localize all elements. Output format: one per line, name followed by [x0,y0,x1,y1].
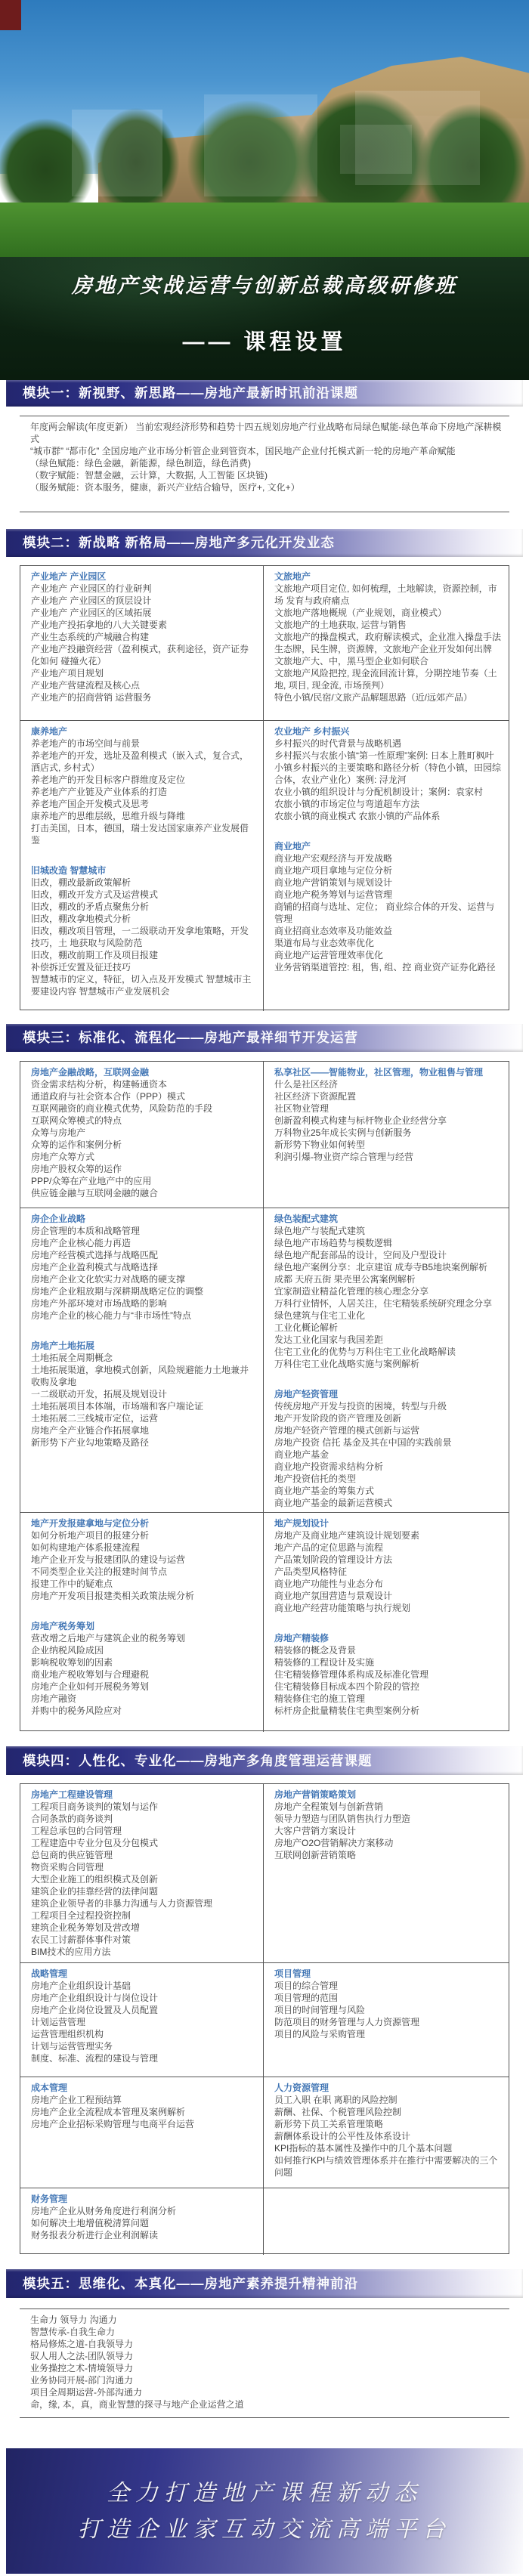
module-3-right-section-2: 房地产轻资管理传统房地产开发与投资的困境，转型与升级地产开发阶段的资产管理及创新… [274,1388,501,1509]
module-4-left-section-1: 财务管理房地产企业从财务角度进行利润分析如何解决土地增值税清算问题财务报表分析进… [31,2193,255,2241]
module-3-right-item: 住宅精装修管理体系构成及标准化管理 [274,1668,501,1681]
module-2-left-item: 产业地产营建流程及核心点 [31,679,255,691]
module-3-left-item: 土地拓展渠道，拿地模式创新，风险规避能力土地兼并收购及拿地 [31,1364,255,1388]
module-2-left-section-2: 旧城改造 智慧城市旧改，棚改最新政策解析旧改，棚改开发方式及运营模式旧改，棚改的… [31,864,255,997]
module-4-row-3-cell-right: 人力资源管理员工入职 在职 离职的风险控制薪酬、社保、个税管理风险控制新形势下员… [264,2077,509,2188]
module-3-bar: 模块三：标准化、流程化——房地产最祥细节开发运营 [6,1024,523,1052]
module-3-left-item: 企业纳税风险成因 [31,1644,255,1656]
module-2-right-item: 特色小镇/民宿/文旅产品解题思路（近/远郊产品） [274,691,501,704]
module-3-right-section-1-title: 地产规划设计 [274,1517,501,1529]
module-1-cell-full: 年度两会解读(年度更新） 当前宏观经济形势和趋势十四五规划房地产行业战略布局绿色… [20,416,509,512]
module-4-left-item: 建筑企业的挂靠经营的法律问题 [31,1885,255,1897]
module-3-right-item: 地产开发阶段的资产管理及创新 [274,1412,501,1424]
module-3-row-2-cell-right: 绿色装配式建筑绿色地产与装配式建筑绿色地产市场趋势与模数逻辑绿色地产配套部品的设… [264,1208,509,1512]
module-3-right-item: 精装修的工程设计及实施 [274,1656,501,1668]
module-3-left-item: 商业地产税收筹划与合理避税 [31,1668,255,1681]
module-2-right-section-2-title: 商业地产 [274,840,501,852]
module-2-right-item: 文旅地产的土地获取, 运营与销售 [274,619,501,631]
module-4-left-item: 总包商的供应链管理 [31,1849,255,1861]
module-3-left-section-1: 房地产金融战略，互联网金融资金需求结构分析，构建畅通资本通道政府与社会资本合作（… [31,1066,255,1199]
module-3-left-section-1-title: 地产开发报建拿地与定位分析 [31,1517,255,1529]
module-4-right-item: 如何推行KPI与绩效管理体系并在推行中需要解决的三个问题 [274,2154,501,2179]
module-3-left-item: 通道政府与社会资本合作（PPP）模式 [31,1090,255,1102]
module-4-left-item: 工程建造中专业分包及分包模式 [31,1837,255,1849]
module-2-left-item: 打击美国，日本，德国，瑞士发达国家康养产业发展借鉴 [31,822,255,846]
module-2-right-item: 商业地产营销策划与规划设计 [274,877,501,889]
module-3-left-item: 房地产企业如何开展税务筹划 [31,1681,255,1693]
module-2-row-1: 产业地产 产业园区产业地产 产业园区的行业研判产业地产 产业园区的顶层设计产业地… [20,566,509,721]
module-3-right-item: 宜家制造业精益化管理的核心理念分享 [274,1285,501,1297]
module-3-row-3-cell-right: 地产规划设计房地产及商业地产建筑设计规划要素地产产品的定位思路与流程产品策划阶段… [264,1513,509,1732]
watermark [72,91,480,212]
module-3-left-item: 房地产企业核心能力再造 [31,1237,255,1249]
module-4-left-item: 工程项目商务谈判的策划与运作 [31,1801,255,1813]
module-4-left-item: 合同条款的商务谈判 [31,1813,255,1825]
module-5-full-item: 驭人用人之法-团队领导力 [30,2350,502,2362]
module-3-right-item: 商业地产经营功能策略与执行规划 [274,1602,501,1614]
footer-slogan-line1: 全力打造地产课程新动态 [6,2475,523,2512]
module-3-right-item: 绿色地产市场趋势与模数逻辑 [274,1237,501,1249]
module-2-left-section-1: 产业地产 产业园区产业地产 产业园区的行业研判产业地产 产业园区的顶层设计产业地… [31,571,255,704]
module-3-left-section-2: 房地产税务筹划营改增之后地产与建筑企业的税务筹划企业纳税风险成因影响税收筹划的因… [31,1620,255,1717]
module-2-row-1-cell-right: 文旅地产文旅地产项目定位, 如何梳理，土地解读，资源控制，市场 发育与政府痛点文… [264,566,509,720]
module-3-right-item: 产品策划阶段的管理设计方法 [274,1554,501,1566]
module-4-left-section-1-title: 财务管理 [31,2193,255,2205]
module-3-row-3: 地产开发报建拿地与定位分析如何分析地产项目的报建分析如何构建地产体系报建流程地产… [20,1513,509,1732]
footer-banner: 全力打造地产课程新动态 打造企业家互动交流高端平台 [6,2448,523,2574]
module-2-left-item: 康养地产的思维层级，思维升级与降维 [31,810,255,822]
module-4-row-2: 战略管理房地产企业组织设计基础房地产企业组织设计与岗位设计房地产企业岗位设置及人… [20,1963,509,2077]
module-2-right-item: 商业地产税务筹划与运营管理 [274,889,501,901]
module-3-left-item: 影响税收筹划的因素 [31,1656,255,1668]
module-3-right-item: 万科住宅工业化战略实施与案例解析 [274,1358,501,1370]
module-5-row-1: 生命力 领导力 沟通力智慧传承-自我生命力格局修炼之道-自我领导力驭人用人之法-… [20,2309,509,2417]
module-4-left-item: 房地产企业工程预结算 [31,2094,255,2106]
module-3-left-section-1: 地产开发报建拿地与定位分析如何分析地产项目的报建分析如何构建地产体系报建流程地产… [31,1517,255,1602]
module-4-right-item: 大客户营销方案设计 [274,1825,501,1837]
module-3-right-item: 精装修的概念及背景 [274,1644,501,1656]
module-3-right-item: 万科物业25年成长实例与创新服务 [274,1127,501,1139]
module-2-left-item: 产业地产 产业园区的行业研判 [31,583,255,595]
module-2-right-item: 文旅地产大、中，黑马型企业如何联合 [274,655,501,667]
module-2-right-section-1: 农业地产 乡村振兴乡村振兴的时代背景与战略机遇乡村振兴与农旅小镇“第一性原理”案… [274,725,501,822]
module-5-full-item: 项目全周期运营-外部沟通力 [30,2386,502,2398]
page-title: 房地产实战运营与创新总裁高级研修班 [0,269,529,298]
module-3-row-1-cell-right: 私享社区——智能物业，社区管理，物业租售与管理什么是社区经济社区经济下资源配置社… [264,1062,509,1208]
module-2-right-item: 商业地产运营管理效率优化 [274,949,501,961]
module-3-right-section-1-title: 私享社区——智能物业，社区管理，物业租售与管理 [274,1066,501,1078]
module-2-box: 产业地产 产业园区产业地产 产业园区的行业研判产业地产 产业园区的顶层设计产业地… [20,565,509,1010]
module-3-right-item: 万科行业情怀，人居关注，住宅精装系统研究理念分享 [274,1297,501,1310]
module-1-full-item: 年度两会解读(年度更新） 当前宏观经济形势和趋势十四五规划房地产行业战略布局绿色… [30,421,502,445]
module-3-right-item: 发达工业化国家与我国差距 [274,1334,501,1346]
module-4-left-item: 工程总承包的合同管理 [31,1825,255,1837]
module-5-full-item: 格局修炼之道-自我领导力 [30,2338,502,2350]
module-1-bar: 模块一：新视野、新思路——房地产最新时讯前沿课题 [6,380,523,407]
module-4-right-section-1: 人力资源管理员工入职 在职 离职的风险控制薪酬、社保、个税管理风险控制新形势下员… [274,2082,501,2179]
module-3-right-item: 利润引爆-物业资产综合管理与经营 [274,1151,501,1163]
module-2-right-item: 渠道布局与业态效率优化 [274,937,501,949]
module-3-right-item: 绿色地产案例分享：北京建谊 成寿寺B5地块案例解析 [274,1261,501,1273]
module-3-row-3-cell-left: 地产开发报建拿地与定位分析如何分析地产项目的报建分析如何构建地产体系报建流程地产… [20,1513,264,1732]
module-2-left-section-1-title: 康养地产 [31,725,255,738]
module-3-right-section-2: 房地产精装修精装修的概念及背景精装修的工程设计及实施住宅精装修管理体系构成及标准… [274,1632,501,1717]
module-3-left-item: 房地产企业盈利模式与战略选择 [31,1261,255,1273]
module-3-right-item: 地产产品的定位思路与流程 [274,1542,501,1554]
module-3-right-item: 商业地产功能性与业态分布 [274,1578,501,1590]
module-5-full-section-1: 生命力 领导力 沟通力智慧传承-自我生命力格局修炼之道-自我领导力驭人用人之法-… [30,2314,502,2411]
module-4-left-section-1: 房地产工程建设管理工程项目商务谈判的策划与运作合同条款的商务谈判工程总承包的合同… [31,1789,255,1958]
module-2-left-item: 养老地产国企开发模式及思考 [31,798,255,810]
module-3-right-item: 地产投资信托的类型 [274,1473,501,1485]
module-4-row-2-cell-left: 战略管理房地产企业组织设计基础房地产企业组织设计与岗位设计房地产企业岗位设置及人… [20,1963,264,2077]
module-3-right-section-2-title: 房地产轻资管理 [274,1388,501,1400]
module-3-right-item: 传统房地产开发与投资的困境，转型与升级 [274,1400,501,1412]
module-3-right-item: 新形势下物业如何转型 [274,1139,501,1151]
module-4-left-item: 如何解决土地增值税清算问题 [31,2217,255,2229]
module-4-right-item: 薪酬、社保、个税管理风险控制 [274,2106,501,2118]
module-3-left-item: 互联网融资的商业模式优势，风险防范的手段 [31,1102,255,1115]
module-1-full-item: （服务赋能：资本服务，健康，新兴产业结合输导，医疗+, 文化+） [30,481,502,493]
module-1-box: 年度两会解读(年度更新） 当前宏观经济形势和趋势十四五规划房地产行业战略布局绿色… [20,416,509,512]
module-4-row-1: 房地产工程建设管理工程项目商务谈判的策划与运作合同条款的商务谈判工程总承包的合同… [20,1784,509,1963]
module-2-left-item: 产业地产投融资经营（盈利模式，获利途径，资产证券化如何 碰撞火花） [31,643,255,667]
module-3-left-section-2-title: 房地产土地拓展 [31,1340,255,1352]
module-4-right-item: 房地产O2O营销解决方案移动 [274,1837,501,1849]
module-2-right-item: 文旅地产风险把控, 现金流回流计算，分期控地节奏（土地, 项目, 现金流, 市场… [274,667,501,691]
photo-corner-detail [0,0,21,30]
module-3-right-section-2-title: 房地产精装修 [274,1632,501,1644]
module-5-full-item: 智慧传承-自我生命力 [30,2326,502,2338]
module-4-left-item: 制度、标准、流程的建设与管理 [31,2052,255,2064]
module-2-right-section-1-title: 文旅地产 [274,571,501,583]
module-3-left-item: 土地拓展二三线城市定位，运营 [31,1412,255,1424]
module-3-right-section-1: 地产规划设计房地产及商业地产建筑设计规划要素地产产品的定位思路与流程产品策划阶段… [274,1517,501,1614]
module-2-right-item: 农旅小镇的市场定位与弯道超车方法 [274,798,501,810]
module-3-left-item: 房地产众筹方式 [31,1151,255,1163]
module-4-left-section-1-title: 战略管理 [31,1968,255,1980]
module-4-left-item: 房地产企业招标采购管理与电商平台运营 [31,2118,255,2130]
module-1-full-section-1: 年度两会解读(年度更新） 当前宏观经济形势和趋势十四五规划房地产行业战略布局绿色… [30,421,502,493]
footer-slogan-line2: 打造企业家互动交流高端平台 [6,2512,523,2548]
module-3-right-item: 创新盈利模式构建与标杆物业企业经营分享 [274,1115,501,1127]
module-2-left-item: 产业地产的招商营销 运营服务 [31,691,255,704]
module-4-right-section-1: 房地产营销策略策划房地产全程策划与创新营销领导力塑造与团队销售执行力塑造大客户营… [274,1789,501,1861]
module-4-right-section-1: 项目管理项目的综合管理项目管理的范围项目的时间管理与风险防范项目的财务管理与人力… [274,1968,501,2040]
module-2-left-item: 旧改，棚改拿地模式分析 [31,913,255,925]
module-4-row-1-cell-left: 房地产工程建设管理工程项目商务谈判的策划与运作合同条款的商务谈判工程总承包的合同… [20,1784,264,1962]
module-4-right-item: 防范项目的财务管理与人力资源管理 [274,2016,501,2028]
module-5-cell-full: 生命力 领导力 沟通力智慧传承-自我生命力格局修炼之道-自我领导力驭人用人之法-… [20,2309,509,2417]
module-3-left-item: 房地产融资 [31,1693,255,1705]
module-3-left-item: PPP/众筹在产业地产中的应用 [31,1175,255,1187]
module-3-left-item: 互联网众筹模式的特点 [31,1115,255,1127]
module-3-left-item: 并购中的税务风险应对 [31,1705,255,1717]
module-3-left-section-1: 房企企业战略房企管理的本质和战略管理房地产企业核心能力再造房地产经营模式选择与战… [31,1213,255,1322]
module-3-left-item: 供应链金融与互联网金融的融合 [31,1187,255,1199]
page-subtitle: —— 课程设置 [0,325,529,356]
module-3-right-section-1: 私享社区——智能物业，社区管理，物业租售与管理什么是社区经济社区经济下资源配置社… [274,1066,501,1163]
module-3-row-2: 房企企业战略房企管理的本质和战略管理房地产企业核心能力再造房地产经营模式选择与战… [20,1208,509,1513]
module-2-right-item: 农旅小镇的商业模式 农旅小镇的产品体系 [274,810,501,822]
module-2-left-item: 养老地产的市场空间与前景 [31,738,255,750]
module-4-left-item: 财务报表分析进行企业利润解读 [31,2229,255,2241]
module-4-left-item: 大型企业施工的组织模式及创新 [31,1873,255,1885]
module-4-left-item: 农民工讨薪群体事件对策 [31,1934,255,1946]
module-4-left-section-1: 成本管理房地产企业工程预结算房地产企业全流程成本管理及案例解析房地产企业招标采购… [31,2082,255,2130]
module-4-left-item: 运营管理组织机构 [31,2028,255,2040]
module-4-left-item: 工程项目全过程投资控制 [31,1910,255,1922]
module-4-left-section-1-title: 房地产工程建设管理 [31,1789,255,1801]
module-2-right-section-1-title: 农业地产 乡村振兴 [274,725,501,738]
module-3-right-item: 商业地产氛围营造与景观设计 [274,1590,501,1602]
module-3-left-item: 地产企业开发与报建团队的建设与运营 [31,1554,255,1566]
module-2-left-item: 产业地产 产业园区的区域拓展 [31,607,255,619]
module-3-right-item: 产品类型风格特征 [274,1566,501,1578]
module-3-row-1-cell-left: 房地产金融战略，互联网金融资金需求结构分析，构建畅通资本通道政府与社会资本合作（… [20,1062,264,1208]
module-2-right-section-1: 文旅地产文旅地产项目定位, 如何梳理，土地解读，资源控制，市场 发育与政府痛点文… [274,571,501,704]
module-4-right-item: 项目的风险与采购管理 [274,2028,501,2040]
module-4-right-section-1-title: 项目管理 [274,1968,501,1980]
module-4-left-item: 房地产企业组织设计基础 [31,1980,255,1992]
module-4-right-item: 领导力塑造与团队销售执行力塑造 [274,1813,501,1825]
module-2-right-item: 商铺的招商与选址、定位； 商业综合体的开发、运营与管理 [274,901,501,925]
module-4-bar: 模块四：人性化、专业化——房地产多角度管理运营课题 [6,1746,523,1775]
module-2-right-item: 农业小镇的组织设计与分配机制设计；案例：袁家村 [274,786,501,798]
module-4-row-2-cell-right: 项目管理项目的综合管理项目管理的范围项目的时间管理与风险防范项目的财务管理与人力… [264,1963,509,2077]
module-2-left-item: 产业地产项目规划 [31,667,255,679]
module-4-row-4: 财务管理房地产企业从财务角度进行利润分析如何解决土地增值税清算问题财务报表分析进… [20,2188,509,2255]
module-2-right-item: 业务营销渠道管控: 租，售, 组、控 商业资产证券化路径 [274,961,501,973]
module-3-right-item: 住宅精装修目标成本四个阶段的管控 [274,1681,501,1693]
module-3-right-item: 房地产投资 信托 基金及其在中国的实践前景 [274,1436,501,1449]
module-4-left-item: 房地产企业从财务角度进行利润分析 [31,2205,255,2217]
module-1-full-item: “城市群” “都市化” 全国房地产业市场分析管企业到管资本，国民地产企业付托模式… [30,445,502,457]
module-3-left-item: 不同类型企业关注的报建时间节点 [31,1566,255,1578]
module-2-left-item: 养老地产的开发，选址及盈利模式（嵌入式，复合式，酒店式, 乡村式） [31,750,255,774]
module-4-row-4-cell-right [264,2188,509,2255]
module-3-left-item: 房企管理的本质和战略管理 [31,1225,255,1237]
module-2-left-item: 产业生态系统的产城融合构建 [31,631,255,643]
module-2-left-item: 产业地产投拓拿地的八大关键要素 [31,619,255,631]
module-4-left-item: 建筑企业领导者的非暴力沟通与人力资源管理 [31,1897,255,1910]
module-5-bar: 模块五：思维化、本真化——房地产素养提升精神前沿 [6,2269,523,2298]
module-4-left-item: 物资采购合同管理 [31,1861,255,1873]
module-2-left-item: 旧改，棚改项目管理，一二级联动开发拿地策略，开发技巧，土 地获取与风险防范 [31,925,255,949]
module-4-box: 房地产工程建设管理工程项目商务谈判的策划与运作合同条款的商务谈判工程总承包的合同… [20,1783,509,2254]
module-2-right-item: 商业地产宏观经济与开发战略 [274,852,501,864]
module-3-left-item: 如何构建地产体系报建流程 [31,1542,255,1554]
module-3-right-section-1: 绿色装配式建筑绿色地产与装配式建筑绿色地产市场趋势与模数逻辑绿色地产配套部品的设… [274,1213,501,1370]
module-2-row-1-cell-left: 产业地产 产业园区产业地产 产业园区的行业研判产业地产 产业园区的顶层设计产业地… [20,566,264,720]
module-3-left-item: 房地产企业文化软实力对战略的硬支撑 [31,1273,255,1285]
module-2-left-item: 养老地产产业链及产业体系的打造 [31,786,255,798]
module-4-right-item: 员工入职 在职 离职的风险控制 [274,2094,501,2106]
module-4-right-item: 项目的综合管理 [274,1980,501,1992]
module-3-right-item: 商业地产基金的最新运营模式 [274,1497,501,1509]
module-3-right-item: 房地产及商业地产建筑设计规划要素 [274,1529,501,1542]
module-3-left-section-1-title: 房地产金融战略，互联网金融 [31,1066,255,1078]
module-2-right-section-2: 商业地产商业地产宏观经济与开发战略商业地产项目拿地与定位分析商业地产营销策划与规… [274,840,501,973]
module-3-left-item: 营改增之后地产与建筑企业的税务筹划 [31,1632,255,1644]
module-2-left-item: 养老地产的开发目标客户群维度及定位 [31,774,255,786]
module-2-right-item: 商业招商业态效率及功能效益 [274,925,501,937]
module-2-left-section-1-title: 产业地产 产业园区 [31,571,255,583]
module-4-left-item: 建筑企业税务筹划及营改增 [31,1922,255,1934]
module-3-right-item: 绿色建筑与住宅工业化 [274,1310,501,1322]
module-4-right-item: 项目的时间管理与风险 [274,2004,501,2016]
module-4-left-item: 房地产企业岗位设置及人员配置 [31,2004,255,2016]
module-2-right-item: 文旅地产的操盘模式，政府解读模式，企业准入操盘手法 [274,631,501,643]
module-4-left-section-1: 战略管理房地产企业组织设计基础房地产企业组织设计与岗位设计房地产企业岗位设置及人… [31,1968,255,2064]
module-2-right-item: 乡村振兴与农旅小镇“第一性原理”案例: 日本上胜町枫叶 [274,750,501,762]
module-3-left-item: 如何分析地产项目的报建分析 [31,1529,255,1542]
module-2-left-section-1: 康养地产养老地产的市场空间与前景养老地产的开发，选址及盈利模式（嵌入式，复合式，… [31,725,255,846]
module-4-left-item: 计划与运营管理实务 [31,2040,255,2052]
module-3-right-section-1-title: 绿色装配式建筑 [274,1213,501,1225]
module-4-left-section-1-title: 成本管理 [31,2082,255,2094]
module-2-left-item: 补偿拆迁安置及征迁技巧 [31,961,255,973]
module-3-left-section-2-title: 房地产税务筹划 [31,1620,255,1632]
course-flyer-page: 房地产实战运营与创新总裁高级研修班 —— 课程设置 模块一：新视野、新思路——房… [0,0,529,2576]
module-3-right-item: 精装修住宅的施工管理 [274,1693,501,1705]
lawn [0,203,529,263]
module-3-right-item: 商业地产投资需求结构分析 [274,1461,501,1473]
module-2-left-item: 旧改，棚改前期工作及项目报建 [31,949,255,961]
module-4-right-section-1-title: 房地产营销策略策划 [274,1789,501,1801]
module-3-left-item: 报建工作中的疑难点 [31,1578,255,1590]
module-2-row-2: 康养地产养老地产的市场空间与前景养老地产的开发，选址及盈利模式（嵌入式，复合式，… [20,721,509,1011]
module-3-right-item: 社区经济下资源配置 [274,1090,501,1102]
module-4-right-item: 项目管理的范围 [274,1992,501,2004]
module-2-right-item: 小镇乡村振兴的主要策略和路径分析（特色小镇，田园综合体，农业产业化）案例: 浔龙… [274,762,501,786]
module-3-right-item: 什么是社区经济 [274,1078,501,1090]
module-3-left-item: 房地产企业的核心能力与“非市场性”特点 [31,1310,255,1322]
module-3-left-item: 土地拓展项目本体端，市场端和客户端论证 [31,1400,255,1412]
module-2-left-section-2-title: 旧城改造 智慧城市 [31,864,255,877]
module-4-row-3: 成本管理房地产企业工程预结算房地产企业全流程成本管理及案例解析房地产企业招标采购… [20,2077,509,2188]
module-4-right-item: 薪酬体系设计的公平性及体系设计 [274,2130,501,2142]
module-4-row-3-cell-left: 成本管理房地产企业工程预结算房地产企业全流程成本管理及案例解析房地产企业招标采购… [20,2077,264,2188]
module-3-box: 房地产金融战略，互联网金融资金需求结构分析，构建畅通资本通道政府与社会资本合作（… [20,1061,509,1731]
module-4-right-section-1-title: 人力资源管理 [274,2082,501,2094]
module-3-right-item: 绿色地产配套部品的设计，空间及户型设计 [274,1249,501,1261]
module-5-box: 生命力 领导力 沟通力智慧传承-自我生命力格局修炼之道-自我领导力驭人用人之法-… [20,2309,509,2418]
module-3-row-2-cell-left: 房企企业战略房企管理的本质和战略管理房地产企业核心能力再造房地产经营模式选择与战… [20,1208,264,1512]
module-5-full-item: 业务操控之术-情境领导力 [30,2362,502,2374]
module-1-full-item: （绿色赋能：绿色金融，新能源，绿色制造，绿色消费) [30,457,502,469]
module-3-right-item: 商业地产基金 [274,1449,501,1461]
module-3-left-section-2: 房地产土地拓展土地拓展全周期概念土地拓展渠道，拿地模式创新，风险规避能力土地兼并… [31,1340,255,1449]
module-5-full-item: 生命力 领导力 沟通力 [30,2314,502,2326]
module-3-left-item: 新形势下产业勾地策略及路径 [31,1436,255,1449]
module-4-right-item: 互联网创新营销策略 [274,1849,501,1861]
module-4-right-item: KPI指标的基本属性及操作中的几个基本问题 [274,2142,501,2154]
module-5-full-item: 命，缘, 本，真，商业智慧的探寻与地产企业运营之道 [30,2398,502,2411]
module-3-left-item: 房地产经营模式选择与战略匹配 [31,1249,255,1261]
module-2-right-item: 生态牌，民生牌，资源牌，文旅地产企业开发如何出牌 [274,643,501,655]
module-4-right-item: 新形势下员工关系管理策略 [274,2118,501,2130]
module-3-right-item: 住宅工业化的优势与万科住宅工业化战略解读 [274,1346,501,1358]
module-2-left-item: 旧改，棚改最新政策解析 [31,877,255,889]
module-2-left-item: 智慧城市的定义，特征，切入点及开发模式 智慧城市主要建设内容 智慧城市产业发展机… [31,973,255,997]
module-3-left-section-1-title: 房企企业战略 [31,1213,255,1225]
module-4-left-item: 房地产企业全流程成本管理及案例解析 [31,2106,255,2118]
module-4-row-4-cell-left: 财务管理房地产企业从财务角度进行利润分析如何解决土地增值税清算问题财务报表分析进… [20,2188,264,2255]
module-4-left-item: BIM技术的应用方法 [31,1946,255,1958]
module-2-right-item: 乡村振兴的时代背景与战略机遇 [274,738,501,750]
module-3-left-item: 房地产全产业链合作拓展拿地 [31,1424,255,1436]
module-4-left-item: 计划运营管理 [31,2016,255,2028]
module-3-right-item: 标杆房企批量精装住宅典型案例分析 [274,1705,501,1717]
module-3-left-item: 资金需求结构分析，构建畅通资本 [31,1078,255,1090]
module-3-right-item: 工业化概论解析 [274,1322,501,1334]
module-3-right-item: 商业地产基金的筹集方式 [274,1485,501,1497]
campus-photo [0,0,529,380]
module-3-left-item: 一二级联动开发，拓展及规划设计 [31,1388,255,1400]
module-1-row-1: 年度两会解读(年度更新） 当前宏观经济形势和趋势十四五规划房地产行业战略布局绿色… [20,416,509,512]
module-2-bar: 模块二：新战略 新格局——房地产多元化开发业态 [6,529,523,557]
module-3-left-item: 房地产企业粗放期与深耕期战略定位的调整 [31,1285,255,1297]
module-3-right-item: 房地产轻资产管理的模式创新与运营 [274,1424,501,1436]
module-3-right-item: 社区物业管理 [274,1102,501,1115]
module-2-row-2-cell-right: 农业地产 乡村振兴乡村振兴的时代背景与战略机遇乡村振兴与农旅小镇“第一性原理”案… [264,721,509,1011]
module-3-left-item: 土地拓展全周期概念 [31,1352,255,1364]
module-1-full-item: （数字赋能：智慧金融，云计算，大数据, 人工智能 区块链) [30,469,502,481]
module-2-left-item: 旧改，棚改的矛盾点聚焦分析 [31,901,255,913]
module-2-left-item: 产业地产 产业园区的顶层设计 [31,595,255,607]
module-3-left-item: 房地产股权众筹的运作 [31,1163,255,1175]
module-2-right-item: 商业地产项目拿地与定位分析 [274,864,501,877]
module-3-right-item: 成都 天府五街 果壳里公寓案例解析 [274,1273,501,1285]
module-3-row-1: 房地产金融战略，互联网金融资金需求结构分析，构建畅通资本通道政府与社会资本合作（… [20,1062,509,1208]
module-2-right-item: 文旅地产落地概规（产业规划，商业模式） [274,607,501,619]
module-2-right-item: 文旅地产项目定位, 如何梳理，土地解读，资源控制，市场 发育与政府痛点 [274,583,501,607]
module-4-left-item: 房地产企业组织设计与岗位设计 [31,1992,255,2004]
module-3-right-item: 绿色地产与装配式建筑 [274,1225,501,1237]
module-3-left-item: 房地产开发项目报建类相关政策法规分析 [31,1590,255,1602]
module-2-row-2-cell-left: 康养地产养老地产的市场空间与前景养老地产的开发，选址及盈利模式（嵌入式，复合式，… [20,721,264,1011]
module-5-full-item: 业务协同开展-部门沟通力 [30,2374,502,2386]
module-4-row-1-cell-right: 房地产营销策略策划房地产全程策划与创新营销领导力塑造与团队销售执行力塑造大客户营… [264,1784,509,1962]
module-4-right-item: 房地产全程策划与创新营销 [274,1801,501,1813]
module-3-left-item: 众筹的运作和案例分析 [31,1139,255,1151]
module-3-left-item: 房地产外部环境对市场战略的影响 [31,1297,255,1310]
module-3-left-item: 众筹与房地产 [31,1127,255,1139]
module-2-left-item: 旧改，棚改开发方式及运营模式 [31,889,255,901]
